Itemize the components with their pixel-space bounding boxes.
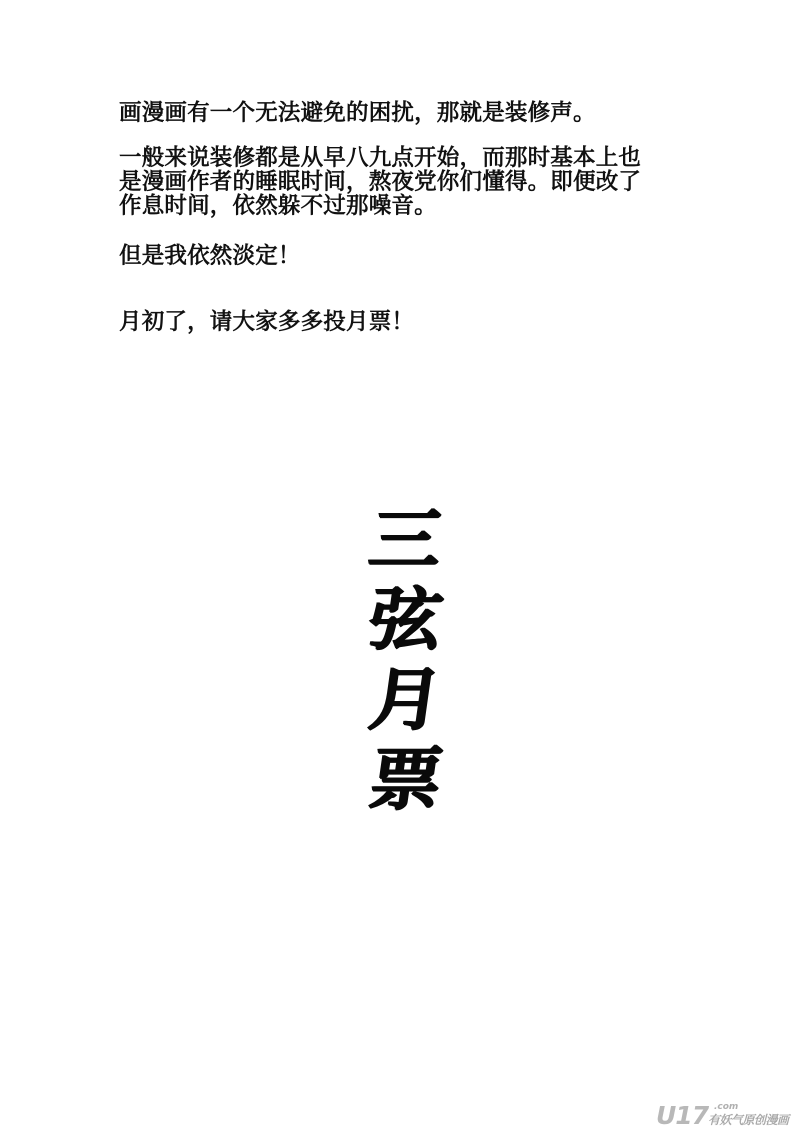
note-line: 月初了，请大家多多投月票！ <box>119 310 414 334</box>
calligraphy-glyph: 三 <box>365 500 448 580</box>
comic-page: 画漫画有一个无法避免的困扰，那就是装修声。 一般来说装修都是从早八九点开始，而那… <box>0 0 800 1132</box>
logo-brand: U17 <box>656 1104 708 1128</box>
note-paragraph-3: 但是我依然淡定！ <box>119 244 301 268</box>
note-line: 是漫画作者的睡眠时间，熬夜党你们懂得。即便改了 <box>119 170 641 194</box>
calligraphy-glyph: 弦 <box>365 580 448 660</box>
note-line: 画漫画有一个无法避免的困扰，那就是装修声。 <box>119 101 596 125</box>
note-line: 作息时间，依然躲不过那噪音。 <box>119 194 641 218</box>
note-paragraph-1: 画漫画有一个无法避免的困扰，那就是装修声。 <box>119 101 596 125</box>
note-paragraph-4: 月初了，请大家多多投月票！ <box>119 310 414 334</box>
logo-tagline: 有妖气原创漫画 <box>708 1113 789 1127</box>
logo-domain: .com <box>714 1102 738 1112</box>
u17-watermark-logo: U17 .com 有妖气原创漫画 <box>656 1102 796 1128</box>
calligraphy-title: 三 弦 月 票 <box>366 500 446 830</box>
note-paragraph-2: 一般来说装修都是从早八九点开始，而那时基本上也 是漫画作者的睡眠时间，熬夜党你们… <box>119 146 641 218</box>
calligraphy-glyph: 月 <box>365 660 448 740</box>
note-line: 但是我依然淡定！ <box>119 244 301 268</box>
calligraphy-glyph: 票 <box>365 740 448 820</box>
note-line: 一般来说装修都是从早八九点开始，而那时基本上也 <box>119 146 641 170</box>
